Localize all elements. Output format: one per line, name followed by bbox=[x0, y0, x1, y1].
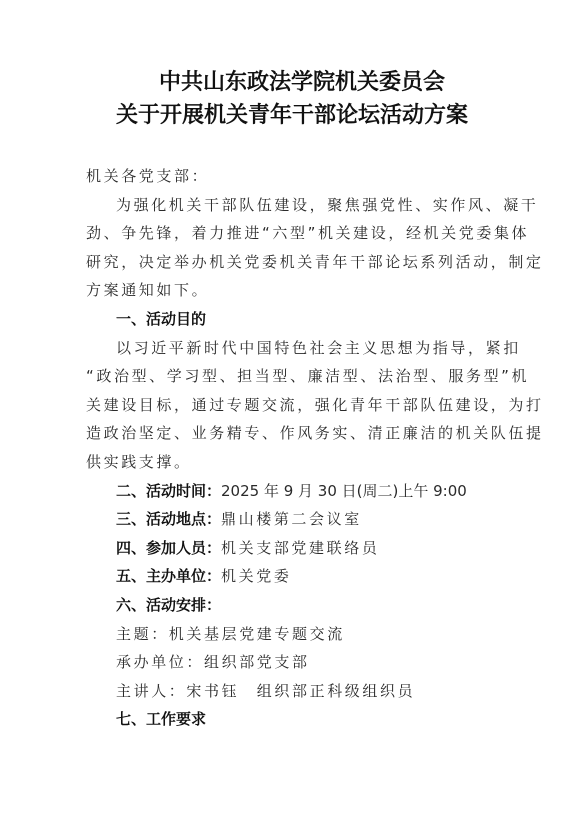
section-2: 二、活动时间：2025 年 9 月 30 日(周二)上午 9:00 bbox=[86, 477, 496, 506]
section-7-heading: 七、工作要求 bbox=[86, 705, 496, 734]
section-2-label: 二、活动时间： bbox=[116, 482, 221, 500]
section-1-line-1: 以习近平新时代中国特色社会主义思想为指导，紧扣 bbox=[86, 334, 496, 363]
section-5: 五、主办单位：机关党委 bbox=[86, 562, 496, 591]
section-3-label: 三、活动地点： bbox=[116, 510, 221, 528]
document-body: 机关各党支部： 为强化机关干部队伍建设，聚焦强党性、实作风、凝干 劲、争先锋，着… bbox=[86, 162, 496, 734]
section-1-line-4: 造政治坚定、业务精专、作风务实、清正廉洁的机关队伍提 bbox=[86, 419, 496, 448]
section-1-heading: 一、活动目的 bbox=[86, 305, 496, 334]
section-6-item-speaker: 主讲人：宋书钰 组织部正科级组织员 bbox=[86, 677, 496, 706]
intro-line-3: 研究，决定举办机关党委机关青年干部论坛系列活动，制定 bbox=[86, 248, 496, 277]
section-4-value: 机关支部党建联络员 bbox=[221, 539, 379, 557]
section-1-line-5: 供实践支撑。 bbox=[86, 448, 496, 477]
section-6-heading: 六、活动安排： bbox=[86, 591, 496, 620]
section-3: 三、活动地点：鼎山楼第二会议室 bbox=[86, 505, 496, 534]
section-6-item-topic: 主题：机关基层党建专题交流 bbox=[86, 620, 496, 649]
intro-line-1: 为强化机关干部队伍建设，聚焦强党性、实作风、凝干 bbox=[86, 191, 496, 220]
document-page: 中共山东政法学院机关委员会 关于开展机关青年干部论坛活动方案 机关各党支部： 为… bbox=[0, 0, 580, 822]
section-1-line-3: 关建设目标，通过专题交流，强化青年干部队伍建设，为打 bbox=[86, 391, 496, 420]
document-title-line2: 关于开展机关青年干部论坛活动方案 bbox=[2, 100, 580, 130]
intro-line-4: 方案通知如下。 bbox=[86, 276, 496, 305]
section-6-item-organizer: 承办单位：组织部党支部 bbox=[86, 648, 496, 677]
section-2-value: 2025 年 9 月 30 日(周二)上午 9:00 bbox=[221, 482, 467, 500]
section-4: 四、参加人员：机关支部党建联络员 bbox=[86, 534, 496, 563]
document-title-line1: 中共山东政法学院机关委员会 bbox=[12, 67, 580, 97]
section-5-value: 机关党委 bbox=[221, 567, 291, 585]
salutation: 机关各党支部： bbox=[86, 162, 496, 191]
intro-line-2: 劲、争先锋，着力推进“六型”机关建设，经机关党委集体 bbox=[86, 219, 496, 248]
section-5-label: 五、主办单位： bbox=[116, 567, 221, 585]
section-4-label: 四、参加人员： bbox=[116, 539, 221, 557]
section-3-value: 鼎山楼第二会议室 bbox=[221, 510, 362, 528]
section-1-line-2: “政治型、学习型、担当型、廉洁型、法治型、服务型”机 bbox=[86, 362, 496, 391]
